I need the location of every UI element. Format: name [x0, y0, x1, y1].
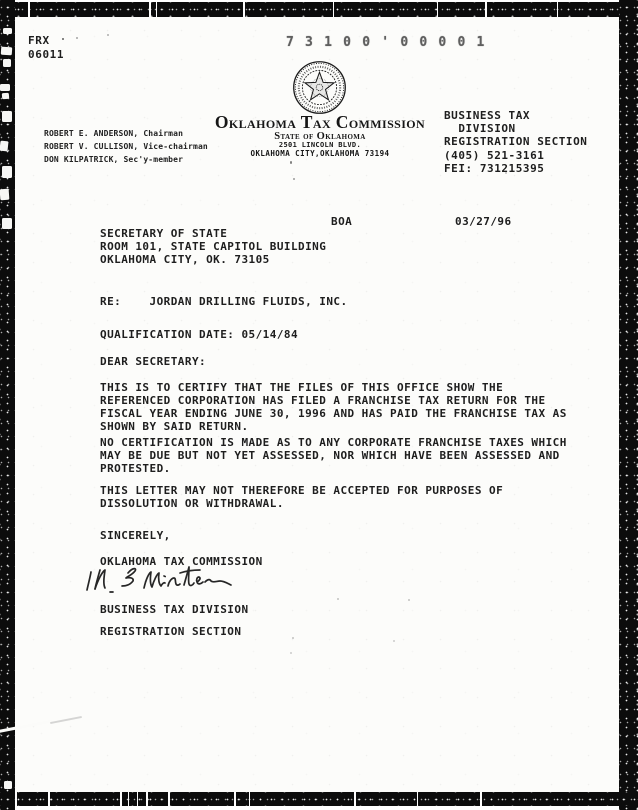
scan-border-bottom	[0, 792, 638, 806]
scan-speck	[107, 34, 109, 36]
salutation: DEAR SECRETARY:	[100, 355, 206, 368]
scan-speck	[408, 599, 410, 601]
scan-speck	[337, 598, 339, 600]
agency-name: Oklahoma Tax Commission	[170, 112, 470, 133]
scan-speck	[292, 637, 294, 639]
stamped-number: 7 3 1 0 0 ' 0 0 0 0 1	[286, 35, 486, 50]
oklahoma-state-seal-icon	[292, 60, 347, 115]
scan-speck	[290, 161, 292, 164]
agency-address-city: OKLAHOMA CITY,OKLAHOMA 73194	[170, 149, 470, 158]
closing: SINCERELY,	[100, 529, 171, 542]
scanned-document: FRX 06011 7 3 1 0 0 ' 0 0 0 0 1 ROBERT E…	[0, 0, 638, 810]
body-paragraph-2: NO CERTIFICATION IS MADE AS TO ANY CORPO…	[100, 436, 567, 475]
handwritten-signature	[84, 558, 234, 600]
recipient-address: SECRETARY OF STATE ROOM 101, STATE CAPIT…	[100, 227, 326, 266]
scan-speck	[290, 652, 292, 654]
letter-date: 03/27/96	[455, 215, 512, 228]
re-line: RE: JORDAN DRILLING FLUIDS, INC.	[100, 295, 348, 308]
scan-border-left	[0, 0, 15, 810]
division-contact-block: BUSINESS TAX DIVISION REGISTRATION SECTI…	[444, 109, 587, 175]
scan-speck	[393, 640, 395, 642]
scan-border-top	[0, 2, 638, 17]
signer-division: BUSINESS TAX DIVISION	[100, 603, 249, 616]
scan-speck	[76, 37, 78, 39]
letter-code: BOA	[331, 215, 352, 228]
scan-border-right	[619, 0, 638, 810]
signer-section: REGISTRATION SECTION	[100, 625, 241, 638]
agency-address-street: 2501 LINCOLN BLVD.	[170, 141, 470, 149]
scan-speck	[293, 178, 295, 180]
body-paragraph-3: THIS LETTER MAY NOT THEREFORE BE ACCEPTE…	[100, 484, 503, 510]
body-paragraph-1: THIS IS TO CERTIFY THAT THE FILES OF THI…	[100, 381, 567, 433]
file-code: FRX 06011	[28, 34, 64, 62]
qualification-date-line: QUALIFICATION DATE: 05/14/84	[100, 328, 298, 341]
